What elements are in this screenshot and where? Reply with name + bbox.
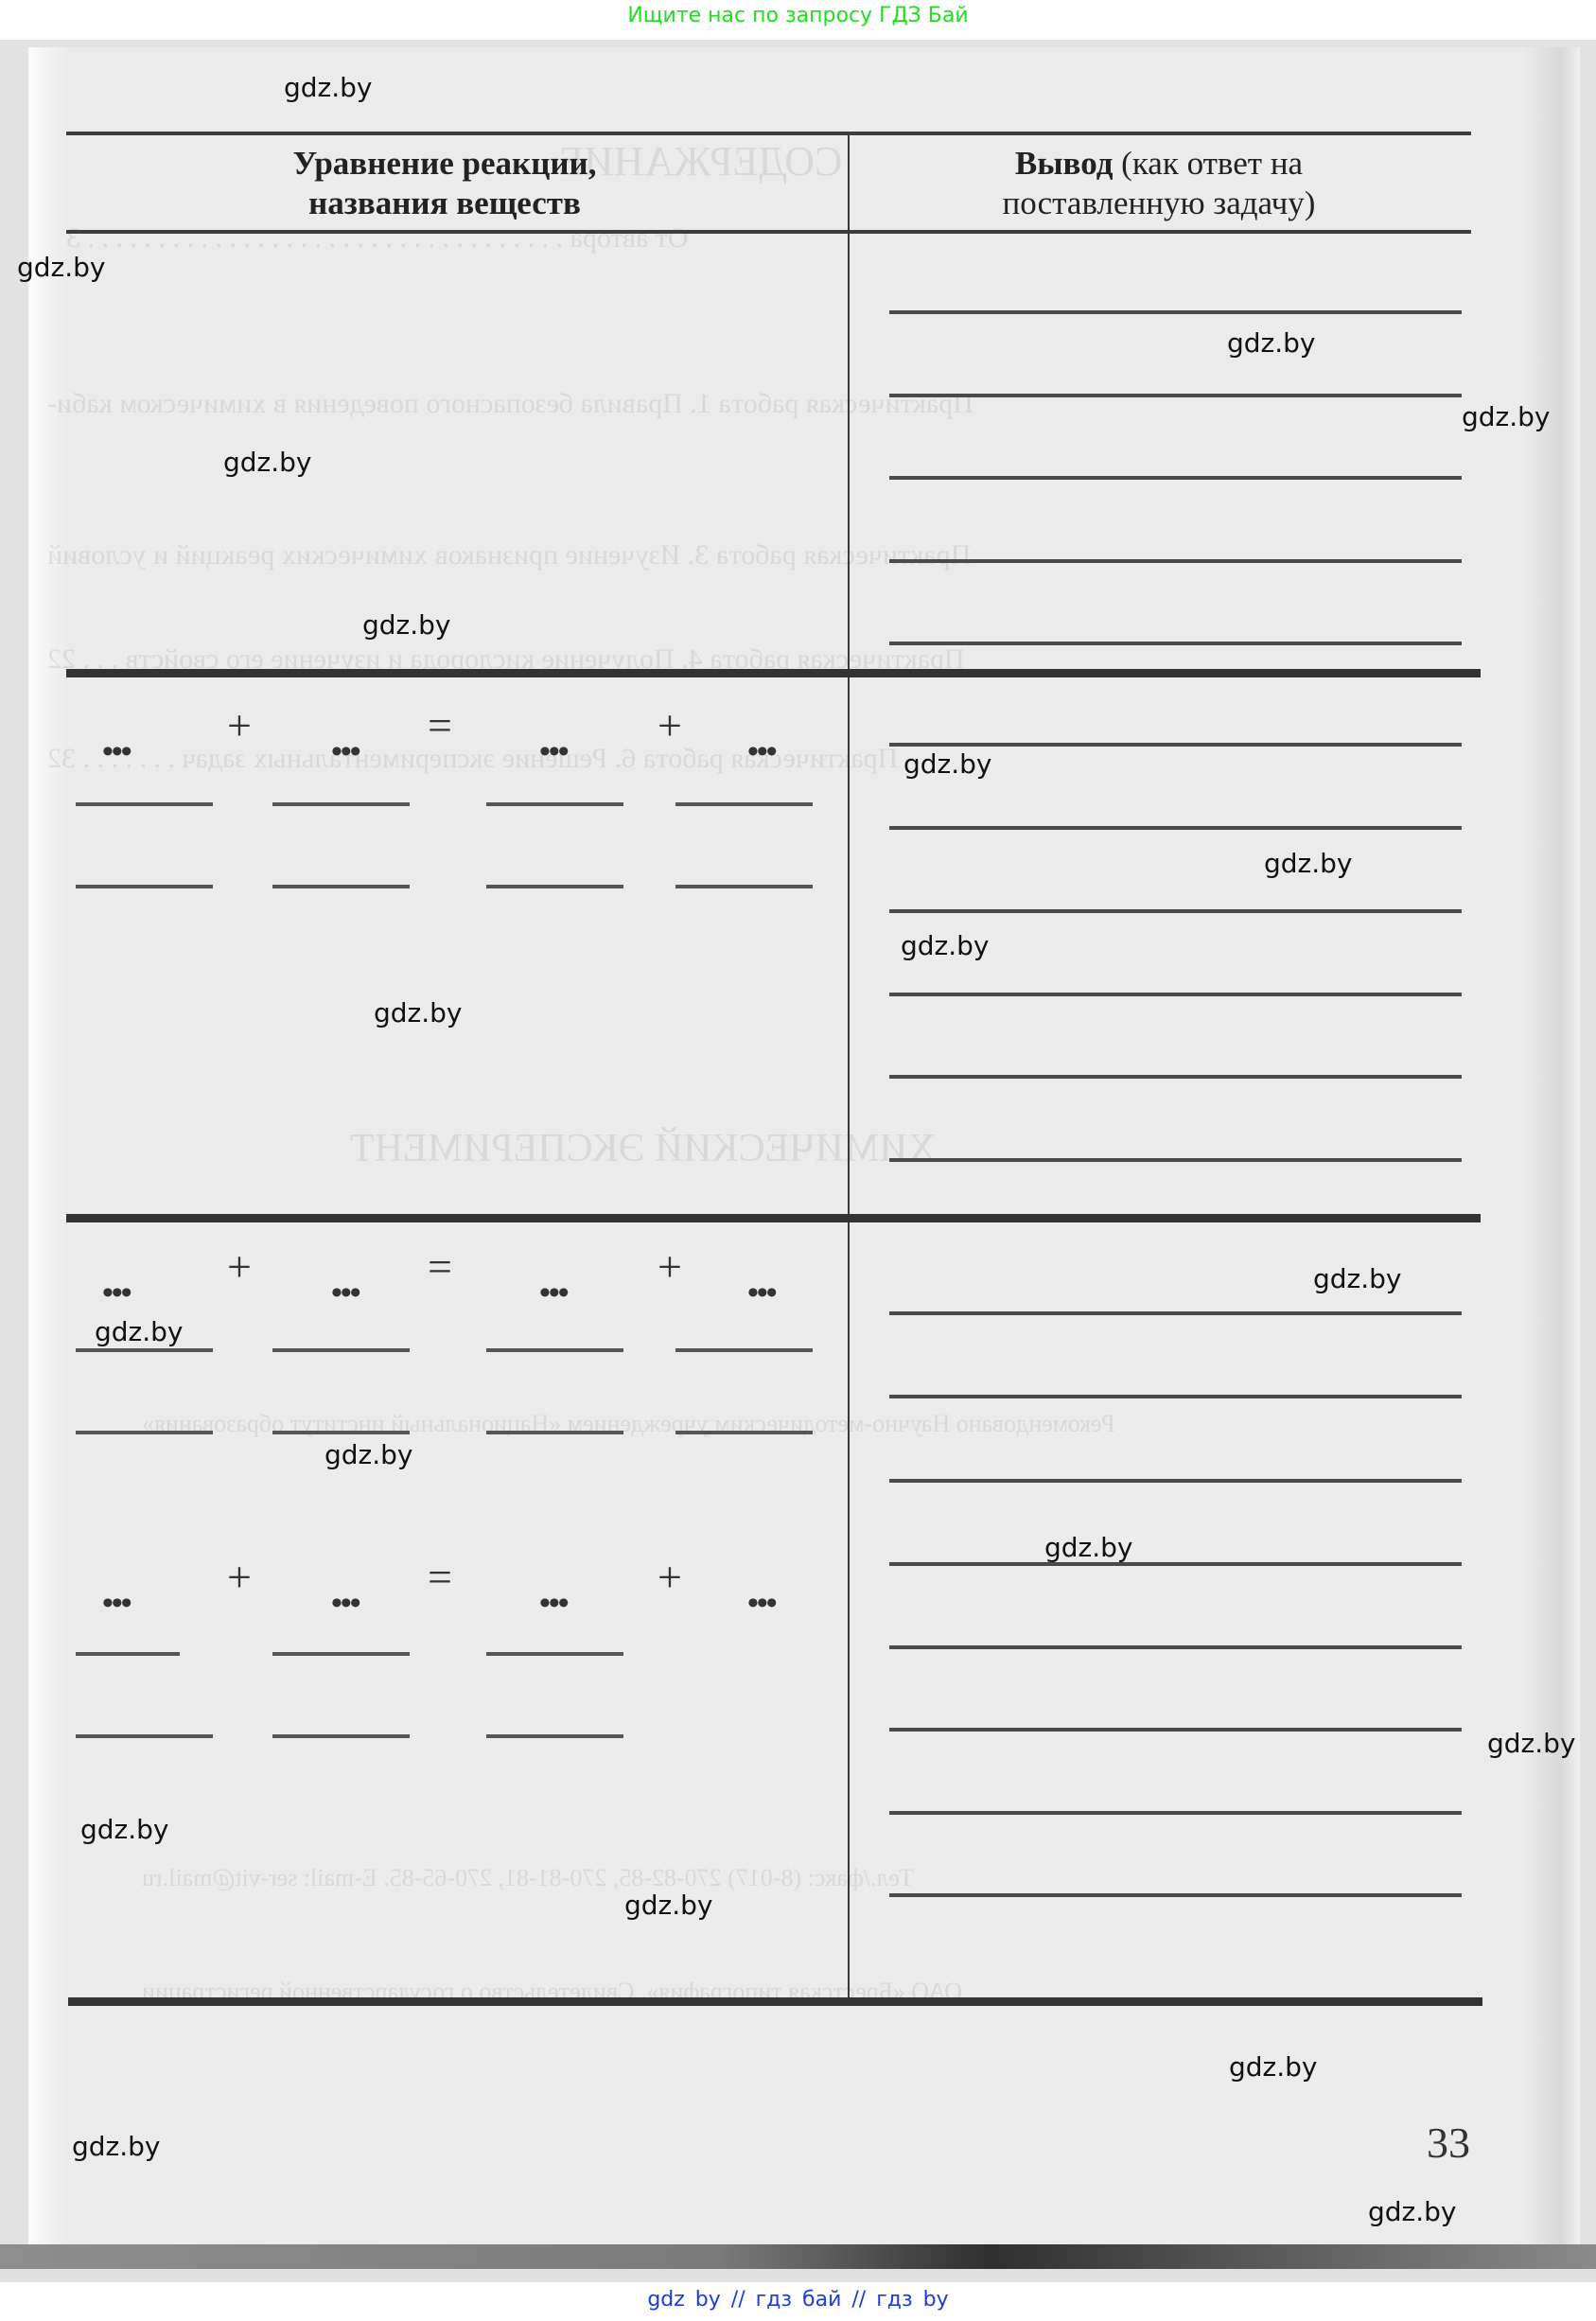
watermark-text: gdz.by (284, 72, 373, 103)
bleed-through-text: Практическая работа 1. Правила безопасно… (47, 388, 973, 420)
substance-name-blank[interactable] (76, 885, 213, 888)
table-top-rule (66, 132, 1471, 135)
header-equation-line1: Уравнение реакции, (293, 145, 597, 182)
table-header-rule (66, 230, 1471, 234)
answer-line[interactable] (889, 743, 1462, 747)
watermark-text: gdz.by (1313, 1263, 1402, 1294)
header-conclusion-column: Вывод (как ответ на поставленную задачу) (946, 144, 1372, 223)
plus-sign: + (658, 700, 682, 750)
section-separator (66, 669, 1481, 677)
substance-placeholder[interactable]: ••• (539, 1275, 568, 1311)
substance-name-blank[interactable] (486, 1734, 623, 1738)
answer-line[interactable] (889, 394, 1462, 397)
watermark-text: gdz.by (901, 930, 990, 961)
answer-line[interactable] (889, 993, 1462, 996)
plus-sign: + (227, 1552, 252, 1602)
answer-line[interactable] (889, 310, 1462, 314)
bleed-through-text: От автора . . . . . . . . . . . . . . . … (66, 222, 689, 255)
answer-line[interactable] (889, 642, 1462, 645)
header-conclusion-bold: Вывод (1015, 145, 1114, 182)
answer-line[interactable] (889, 1075, 1462, 1079)
watermark-text: gdz.by (1462, 401, 1551, 432)
substance-name-blank[interactable] (272, 885, 410, 888)
substance-name-blank[interactable] (272, 1431, 410, 1434)
substance-name-blank[interactable] (675, 885, 813, 888)
page-number: 33 (1427, 2118, 1470, 2168)
plus-sign: + (227, 1241, 252, 1292)
answer-line[interactable] (889, 1728, 1462, 1732)
footer-links[interactable]: gdz by // гдз бай // гдз by (0, 2288, 1596, 2312)
substance-name-blank[interactable] (76, 802, 213, 806)
watermark-text: gdz.by (223, 447, 312, 478)
substance-name-blank[interactable] (486, 1431, 623, 1434)
book-page: СОДЕРЖАНИЕ От автора . . . . . . . . . .… (28, 47, 1580, 2258)
watermark-text: gdz.by (362, 609, 451, 641)
substance-placeholder[interactable]: ••• (747, 734, 776, 770)
watermark-text: gdz.by (95, 1316, 184, 1347)
watermark-text: gdz.by (1227, 327, 1316, 359)
header-conclusion-line2: поставленную задачу) (1003, 185, 1316, 221)
watermark-text: gdz.by (1229, 2051, 1318, 2083)
substance-placeholder[interactable]: ••• (102, 1586, 131, 1622)
substance-placeholder[interactable]: ••• (102, 1275, 131, 1311)
bleed-through-text: Практическая работа 3. Изучение признако… (47, 539, 971, 571)
header-conclusion-line1: (как ответ на (1113, 145, 1303, 182)
substance-name-blank[interactable] (486, 802, 623, 806)
scan-bottom-strip (0, 2269, 1596, 2282)
equals-sign: = (428, 700, 452, 750)
watermark-text: gdz.by (1044, 1532, 1133, 1563)
answer-line[interactable] (889, 826, 1462, 830)
substance-name-blank[interactable] (272, 1652, 410, 1656)
answer-line[interactable] (889, 476, 1462, 480)
equals-sign: = (428, 1241, 452, 1292)
watermark-text: gdz.by (80, 1814, 169, 1845)
substance-name-blank[interactable] (272, 802, 410, 806)
plus-sign: + (658, 1241, 682, 1292)
equals-sign: = (428, 1552, 452, 1602)
watermark-text: gdz.by (903, 748, 992, 780)
answer-line[interactable] (889, 1562, 1462, 1566)
substance-placeholder[interactable]: ••• (747, 1275, 776, 1311)
substance-placeholder[interactable]: ••• (539, 734, 568, 770)
substance-name-blank[interactable] (272, 1348, 410, 1352)
answer-line[interactable] (889, 1893, 1462, 1897)
substance-placeholder[interactable]: ••• (747, 1586, 776, 1622)
substance-name-blank[interactable] (76, 1431, 213, 1434)
substance-name-blank[interactable] (675, 802, 813, 806)
page-edge-shadow (0, 2244, 1596, 2269)
answer-line[interactable] (889, 1811, 1462, 1815)
substance-name-blank[interactable] (76, 1348, 213, 1352)
plus-sign: + (227, 700, 252, 750)
header-equation-column: Уравнение реакции, названия веществ (237, 144, 653, 223)
answer-line[interactable] (889, 559, 1462, 563)
watermark-text: gdz.by (1487, 1728, 1576, 1759)
watermark-text: gdz.by (17, 252, 106, 283)
watermark-text: gdz.by (1368, 2196, 1457, 2227)
substance-name-blank[interactable] (675, 1348, 813, 1352)
substance-placeholder[interactable]: ••• (102, 734, 131, 770)
watermark-text: gdz.by (1264, 848, 1353, 879)
answer-line[interactable] (889, 1645, 1462, 1649)
section-separator (66, 1214, 1481, 1222)
header-equation-line2: названия веществ (308, 185, 581, 221)
answer-line[interactable] (889, 1479, 1462, 1483)
search-banner[interactable]: Ищите нас по запросу ГДЗ Бай (0, 4, 1596, 27)
answer-line[interactable] (889, 1311, 1462, 1315)
section-separator (68, 1997, 1482, 2006)
substance-placeholder[interactable]: ••• (331, 1275, 360, 1311)
substance-name-blank[interactable] (486, 1348, 623, 1352)
answer-line[interactable] (889, 1158, 1462, 1162)
substance-name-blank[interactable] (76, 1734, 213, 1738)
column-divider (848, 132, 850, 2006)
answer-line[interactable] (889, 1395, 1462, 1398)
substance-placeholder[interactable]: ••• (331, 734, 360, 770)
substance-name-blank[interactable] (486, 1652, 623, 1656)
substance-name-blank[interactable] (272, 1734, 410, 1738)
substance-placeholder[interactable]: ••• (539, 1586, 568, 1622)
substance-placeholder[interactable]: ••• (331, 1586, 360, 1622)
watermark-text: gdz.by (324, 1439, 413, 1470)
watermark-text: gdz.by (374, 997, 463, 1029)
substance-name-blank[interactable] (675, 1431, 813, 1434)
plus-sign: + (658, 1552, 682, 1602)
bleed-through-text: Тел./факс: (8-017) 270-82-85, 270-81-81,… (142, 1864, 914, 1892)
answer-line[interactable] (889, 909, 1462, 913)
watermark-text: gdz.by (72, 2131, 161, 2162)
substance-name-blank[interactable] (486, 885, 623, 888)
substance-name-blank[interactable] (76, 1652, 180, 1656)
watermark-text: gdz.by (624, 1890, 713, 1921)
